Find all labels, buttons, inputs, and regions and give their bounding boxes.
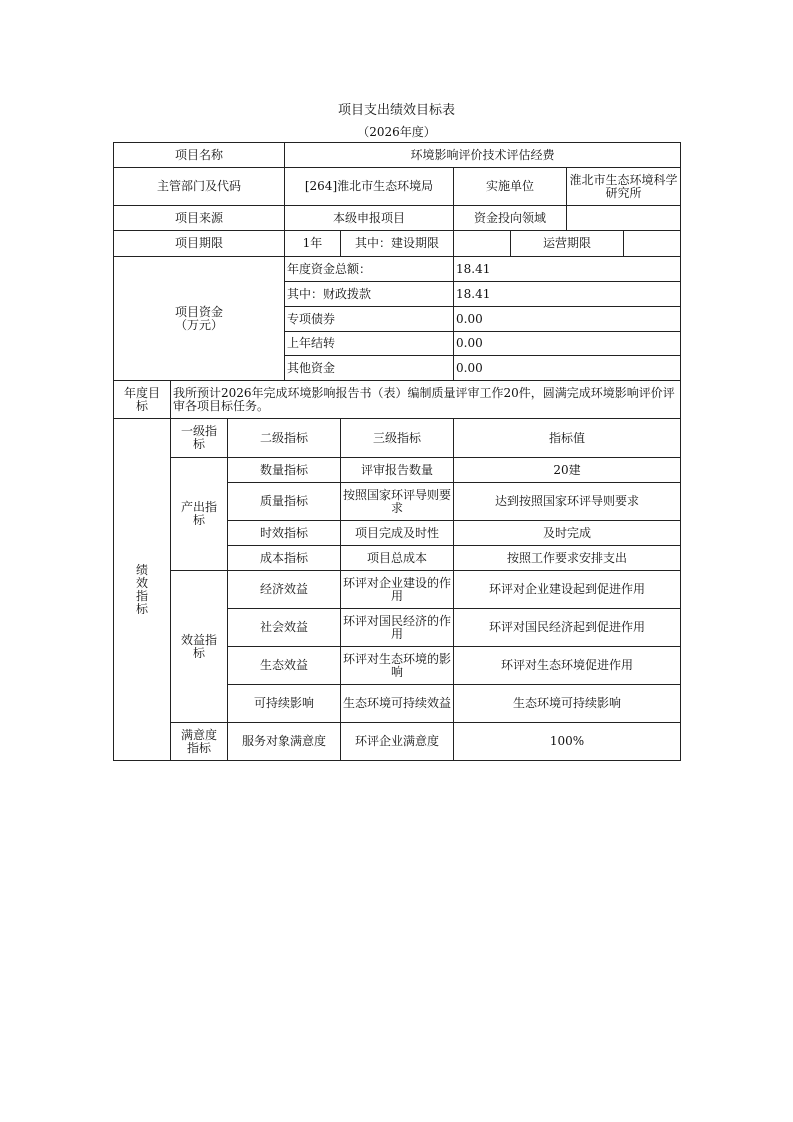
value-cell: 环评对国民经济起到促进作用 — [454, 609, 681, 647]
level3-cell: 环评对国民经济的作用 — [341, 609, 454, 647]
build-period-label: 其中：建设期限 — [341, 231, 454, 257]
level2-cell: 社会效益 — [228, 609, 341, 647]
annual-goal-label: 年度目标 — [114, 381, 171, 419]
level3-cell: 环评对企业建设的作用 — [341, 571, 454, 609]
fund-row-value: 0.00 — [454, 332, 681, 356]
source-label: 项目来源 — [114, 206, 285, 231]
impl-unit-label: 实施单位 — [454, 168, 567, 206]
dept-label: 主管部门及代码 — [114, 168, 285, 206]
level3-cell: 项目总成本 — [341, 546, 454, 571]
value-cell: 100% — [454, 723, 681, 761]
project-name-label: 项目名称 — [114, 143, 285, 168]
impl-unit-value: 淮北市生态环境科学研究所 — [567, 168, 681, 206]
level2-cell: 可持续影响 — [228, 685, 341, 723]
period-label: 项目期限 — [114, 231, 285, 257]
value-cell: 及时完成 — [454, 521, 681, 546]
value-cell: 环评对企业建设起到促进作用 — [454, 571, 681, 609]
level2-cell: 质量指标 — [228, 483, 341, 521]
header-level2: 二级指标 — [228, 419, 341, 458]
level3-cell: 按照国家环评导则要求 — [341, 483, 454, 521]
level2-cell: 服务对象满意度 — [228, 723, 341, 761]
fund-row-label: 年度资金总额： — [285, 257, 454, 282]
fund-row-label: 其他资金 — [285, 356, 454, 381]
performance-target-table: 项目名称 环境影响评价技术评估经费 主管部门及代码 [264]淮北市生态环境局 … — [113, 142, 681, 761]
fund-field-label: 资金投向领域 — [454, 206, 567, 231]
project-name-value: 环境影响评价技术评估经费 — [285, 143, 681, 168]
level1-benefit: 效益指标 — [171, 571, 228, 723]
fund-row-value: 18.41 — [454, 282, 681, 307]
fund-row-label: 专项债券 — [285, 307, 454, 332]
level3-cell: 项目完成及时性 — [341, 521, 454, 546]
annual-goal-text: 我所预计2026年完成环境影响报告书（表）编制质量评审工作20件，圆满完成环境影… — [171, 381, 681, 419]
document-subtitle: （2026年度） — [0, 123, 793, 140]
op-period-label: 运营期限 — [511, 231, 624, 257]
level3-cell: 环评企业满意度 — [341, 723, 454, 761]
period-value: 1年 — [285, 231, 341, 257]
funds-unit: （万元） — [175, 318, 223, 332]
level2-cell: 数量指标 — [228, 458, 341, 483]
value-cell: 20建 — [454, 458, 681, 483]
indicators-section-label: 绩效指标 — [114, 419, 171, 761]
op-period-value — [624, 231, 681, 257]
source-value: 本级申报项目 — [285, 206, 454, 231]
value-cell: 达到按照国家环评导则要求 — [454, 483, 681, 521]
fund-row-value: 0.00 — [454, 356, 681, 381]
funds-label: 项目资金 （万元） — [114, 257, 285, 381]
build-period-value — [454, 231, 511, 257]
header-value: 指标值 — [454, 419, 681, 458]
level3-cell: 环评对生态环境的影响 — [341, 647, 454, 685]
dept-value: [264]淮北市生态环境局 — [285, 168, 454, 206]
level1-satisfaction: 满意度指标 — [171, 723, 228, 761]
fund-row-label: 上年结转 — [285, 332, 454, 356]
value-cell: 按照工作要求安排支出 — [454, 546, 681, 571]
level3-cell: 生态环境可持续效益 — [341, 685, 454, 723]
level2-cell: 成本指标 — [228, 546, 341, 571]
header-level1: 一级指标 — [171, 419, 228, 458]
level2-cell: 时效指标 — [228, 521, 341, 546]
level2-cell: 经济效益 — [228, 571, 341, 609]
level2-cell: 生态效益 — [228, 647, 341, 685]
fund-row-label: 其中：财政拨款 — [285, 282, 454, 307]
level1-output: 产出指标 — [171, 458, 228, 571]
value-cell: 生态环境可持续影响 — [454, 685, 681, 723]
fund-row-value: 18.41 — [454, 257, 681, 282]
fund-row-value: 0.00 — [454, 307, 681, 332]
document-title: 项目支出绩效目标表 — [0, 99, 793, 118]
fund-field-value — [567, 206, 681, 231]
value-cell: 环评对生态环境促进作用 — [454, 647, 681, 685]
level3-cell: 评审报告数量 — [341, 458, 454, 483]
funds-label-text: 项目资金 — [175, 305, 223, 319]
header-level3: 三级指标 — [341, 419, 454, 458]
